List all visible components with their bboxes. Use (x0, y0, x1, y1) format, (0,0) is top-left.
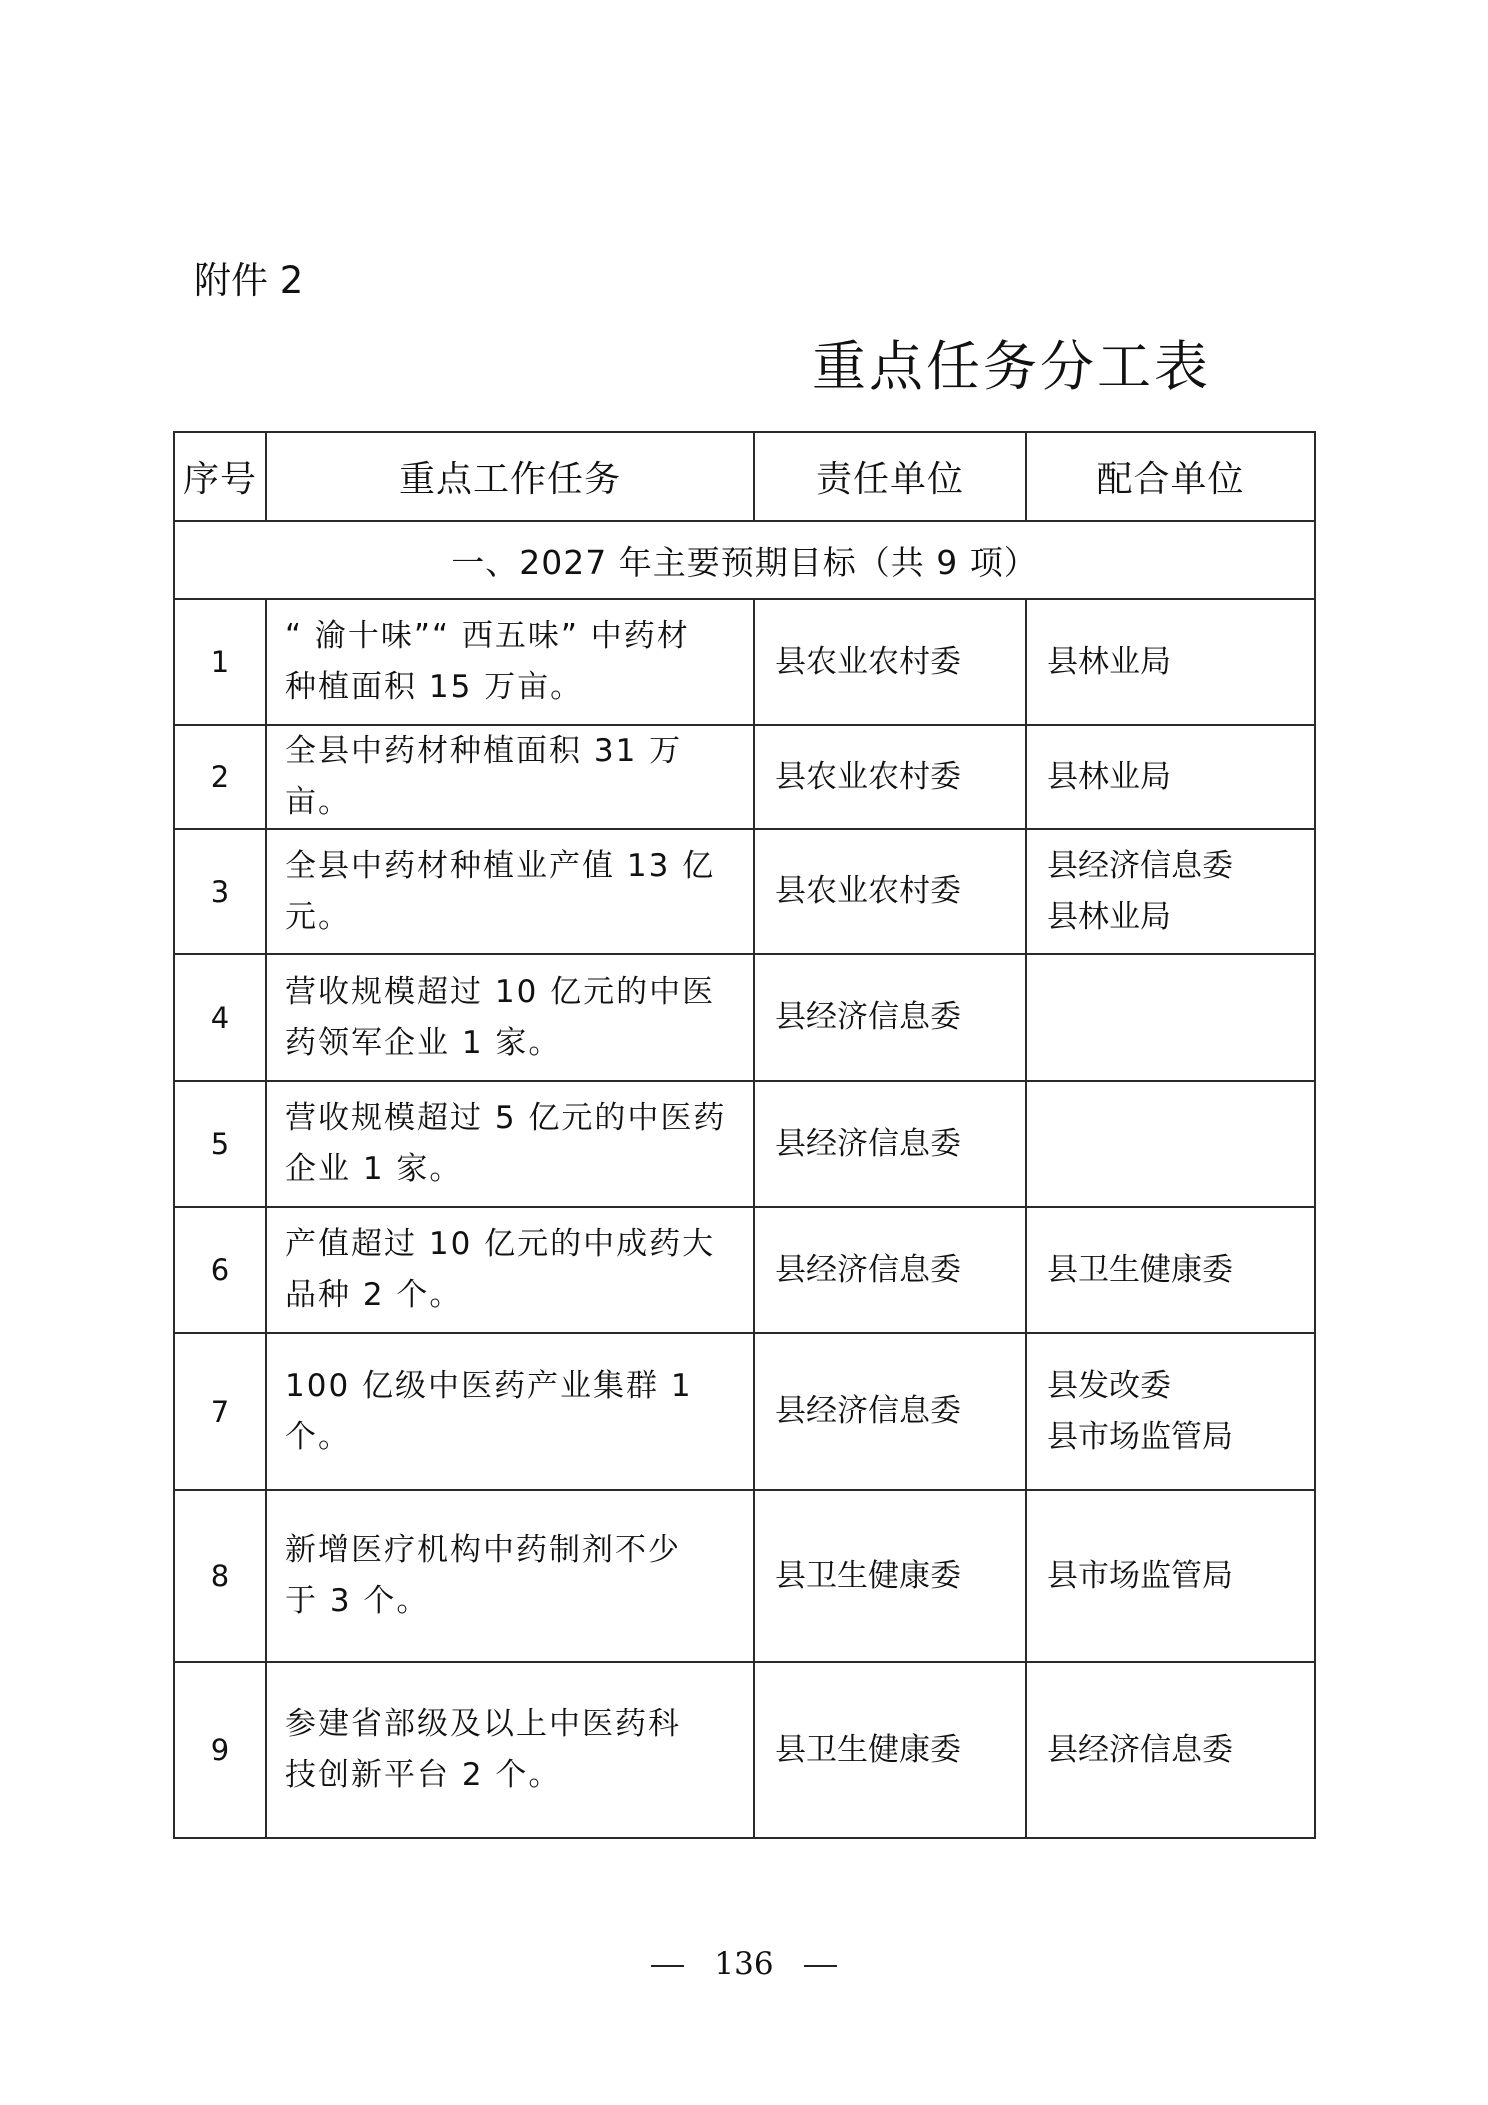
row-number: 8 (174, 1490, 266, 1662)
page-title: 重点任务分工表 (812, 340, 1211, 394)
support-line: 县市场监管局 (1047, 1551, 1304, 1602)
table-row: 2 全县中药材种植面积 31 万亩。 县农业农村委 县林业局 (174, 725, 1315, 829)
support-line: 县林业局 (1047, 892, 1304, 943)
task-line: “ 渝十味”“ 西五味” 中药材 (285, 611, 737, 662)
table-row: 9 参建省部级及以上中医药科技创新平台 2 个。 县卫生健康委 县经济信息委 (174, 1662, 1315, 1838)
task-line: 营收规模超过 10 亿元的中医 (285, 967, 737, 1018)
dash-left (651, 1965, 684, 1967)
attachment-label: 附件 2 (194, 262, 303, 299)
task-line: 元。 (285, 892, 737, 943)
table-row: 6 产值超过 10 亿元的中成药大品种 2 个。 县经济信息委 县卫生健康委 (174, 1207, 1315, 1333)
row-number: 2 (174, 725, 266, 829)
row-number: 7 (174, 1333, 266, 1490)
support-unit-cell: 县经济信息委县林业局 (1026, 829, 1315, 954)
lead-unit-cell: 县经济信息委 (754, 954, 1026, 1081)
support-line: 县经济信息委 (1047, 1725, 1304, 1776)
task-line: 品种 2 个。 (285, 1270, 737, 1321)
task-line: 全县中药材种植业产值 13 亿 (285, 841, 737, 892)
table-row: 8 新增医疗机构中药制剂不少于 3 个。 县卫生健康委 县市场监管局 (174, 1490, 1315, 1662)
task-line: 企业 1 家。 (285, 1144, 737, 1195)
row-number: 5 (174, 1081, 266, 1207)
row-number: 4 (174, 954, 266, 1081)
page-footer: 136 (0, 1946, 1488, 1982)
support-unit-cell (1026, 954, 1315, 1081)
task-cell: 全县中药材种植面积 31 万亩。 (266, 725, 754, 829)
table-row: 5 营收规模超过 5 亿元的中医药企业 1 家。 县经济信息委 (174, 1081, 1315, 1207)
section-row: 一、2027 年主要预期目标（共 9 项） (174, 521, 1315, 599)
table-row: 1 “ 渝十味”“ 西五味” 中药材种植面积 15 万亩。 县农业农村委 县林业… (174, 599, 1315, 725)
support-line: 县市场监管局 (1047, 1412, 1304, 1463)
support-unit-cell: 县发改委县市场监管局 (1026, 1333, 1315, 1490)
lead-unit-cell: 县卫生健康委 (754, 1662, 1026, 1838)
task-line: 参建省部级及以上中医药科 (285, 1699, 737, 1750)
support-unit-cell: 县林业局 (1026, 725, 1315, 829)
task-line: 于 3 个。 (285, 1576, 737, 1627)
support-unit-cell: 县林业局 (1026, 599, 1315, 725)
task-line: 技创新平台 2 个。 (285, 1750, 737, 1801)
task-cell: 产值超过 10 亿元的中成药大品种 2 个。 (266, 1207, 754, 1333)
lead-unit-cell: 县经济信息委 (754, 1207, 1026, 1333)
lead-unit-cell: 县农业农村委 (754, 599, 1026, 725)
row-number: 1 (174, 599, 266, 725)
task-line: 营收规模超过 5 亿元的中医药 (285, 1093, 737, 1144)
support-line: 县经济信息委 (1047, 841, 1304, 892)
table-header-row: 序号 重点工作任务 责任单位 配合单位 (174, 432, 1315, 521)
support-line: 县发改委 (1047, 1361, 1304, 1412)
task-cell: 参建省部级及以上中医药科技创新平台 2 个。 (266, 1662, 754, 1838)
header-support-unit: 配合单位 (1026, 432, 1315, 521)
section-title: 一、2027 年主要预期目标（共 9 项） (174, 521, 1315, 599)
lead-unit-cell: 县卫生健康委 (754, 1490, 1026, 1662)
row-number: 3 (174, 829, 266, 954)
lead-unit-cell: 县农业农村委 (754, 829, 1026, 954)
task-line: 产值超过 10 亿元的中成药大 (285, 1219, 737, 1270)
task-cell: 营收规模超过 5 亿元的中医药企业 1 家。 (266, 1081, 754, 1207)
task-cell: 营收规模超过 10 亿元的中医药领军企业 1 家。 (266, 954, 754, 1081)
task-line: 药领军企业 1 家。 (285, 1018, 737, 1069)
table-row: 3 全县中药材种植业产值 13 亿元。 县农业农村委 县经济信息委县林业局 (174, 829, 1315, 954)
header-task: 重点工作任务 (266, 432, 754, 521)
lead-unit-cell: 县经济信息委 (754, 1333, 1026, 1490)
lead-unit-cell: 县农业农村委 (754, 725, 1026, 829)
header-lead-unit: 责任单位 (754, 432, 1026, 521)
table-row: 7 100 亿级中医药产业集群 1 个。 县经济信息委 县发改委县市场监管局 (174, 1333, 1315, 1490)
support-line: 县林业局 (1047, 637, 1304, 688)
task-line: 全县中药材种植面积 31 万亩。 (285, 726, 737, 828)
task-line: 新增医疗机构中药制剂不少 (285, 1525, 737, 1576)
dash-right (804, 1965, 837, 1967)
page-number: 136 (714, 1946, 773, 1982)
lead-unit-cell: 县经济信息委 (754, 1081, 1026, 1207)
task-cell: 新增医疗机构中药制剂不少于 3 个。 (266, 1490, 754, 1662)
task-cell: 全县中药材种植业产值 13 亿元。 (266, 829, 754, 954)
table-row: 4 营收规模超过 10 亿元的中医药领军企业 1 家。 县经济信息委 (174, 954, 1315, 1081)
support-unit-cell (1026, 1081, 1315, 1207)
task-cell: “ 渝十味”“ 西五味” 中药材种植面积 15 万亩。 (266, 599, 754, 725)
support-unit-cell: 县市场监管局 (1026, 1490, 1315, 1662)
task-line: 100 亿级中医药产业集群 1 个。 (285, 1361, 737, 1463)
task-assignment-table: 序号 重点工作任务 责任单位 配合单位 一、2027 年主要预期目标（共 9 项… (173, 431, 1316, 1839)
support-unit-cell: 县经济信息委 (1026, 1662, 1315, 1838)
header-no: 序号 (174, 432, 266, 521)
support-unit-cell: 县卫生健康委 (1026, 1207, 1315, 1333)
row-number: 6 (174, 1207, 266, 1333)
support-line: 县卫生健康委 (1047, 1245, 1304, 1296)
task-cell: 100 亿级中医药产业集群 1 个。 (266, 1333, 754, 1490)
row-number: 9 (174, 1662, 266, 1838)
task-line: 种植面积 15 万亩。 (285, 662, 737, 713)
support-line: 县林业局 (1047, 752, 1304, 803)
